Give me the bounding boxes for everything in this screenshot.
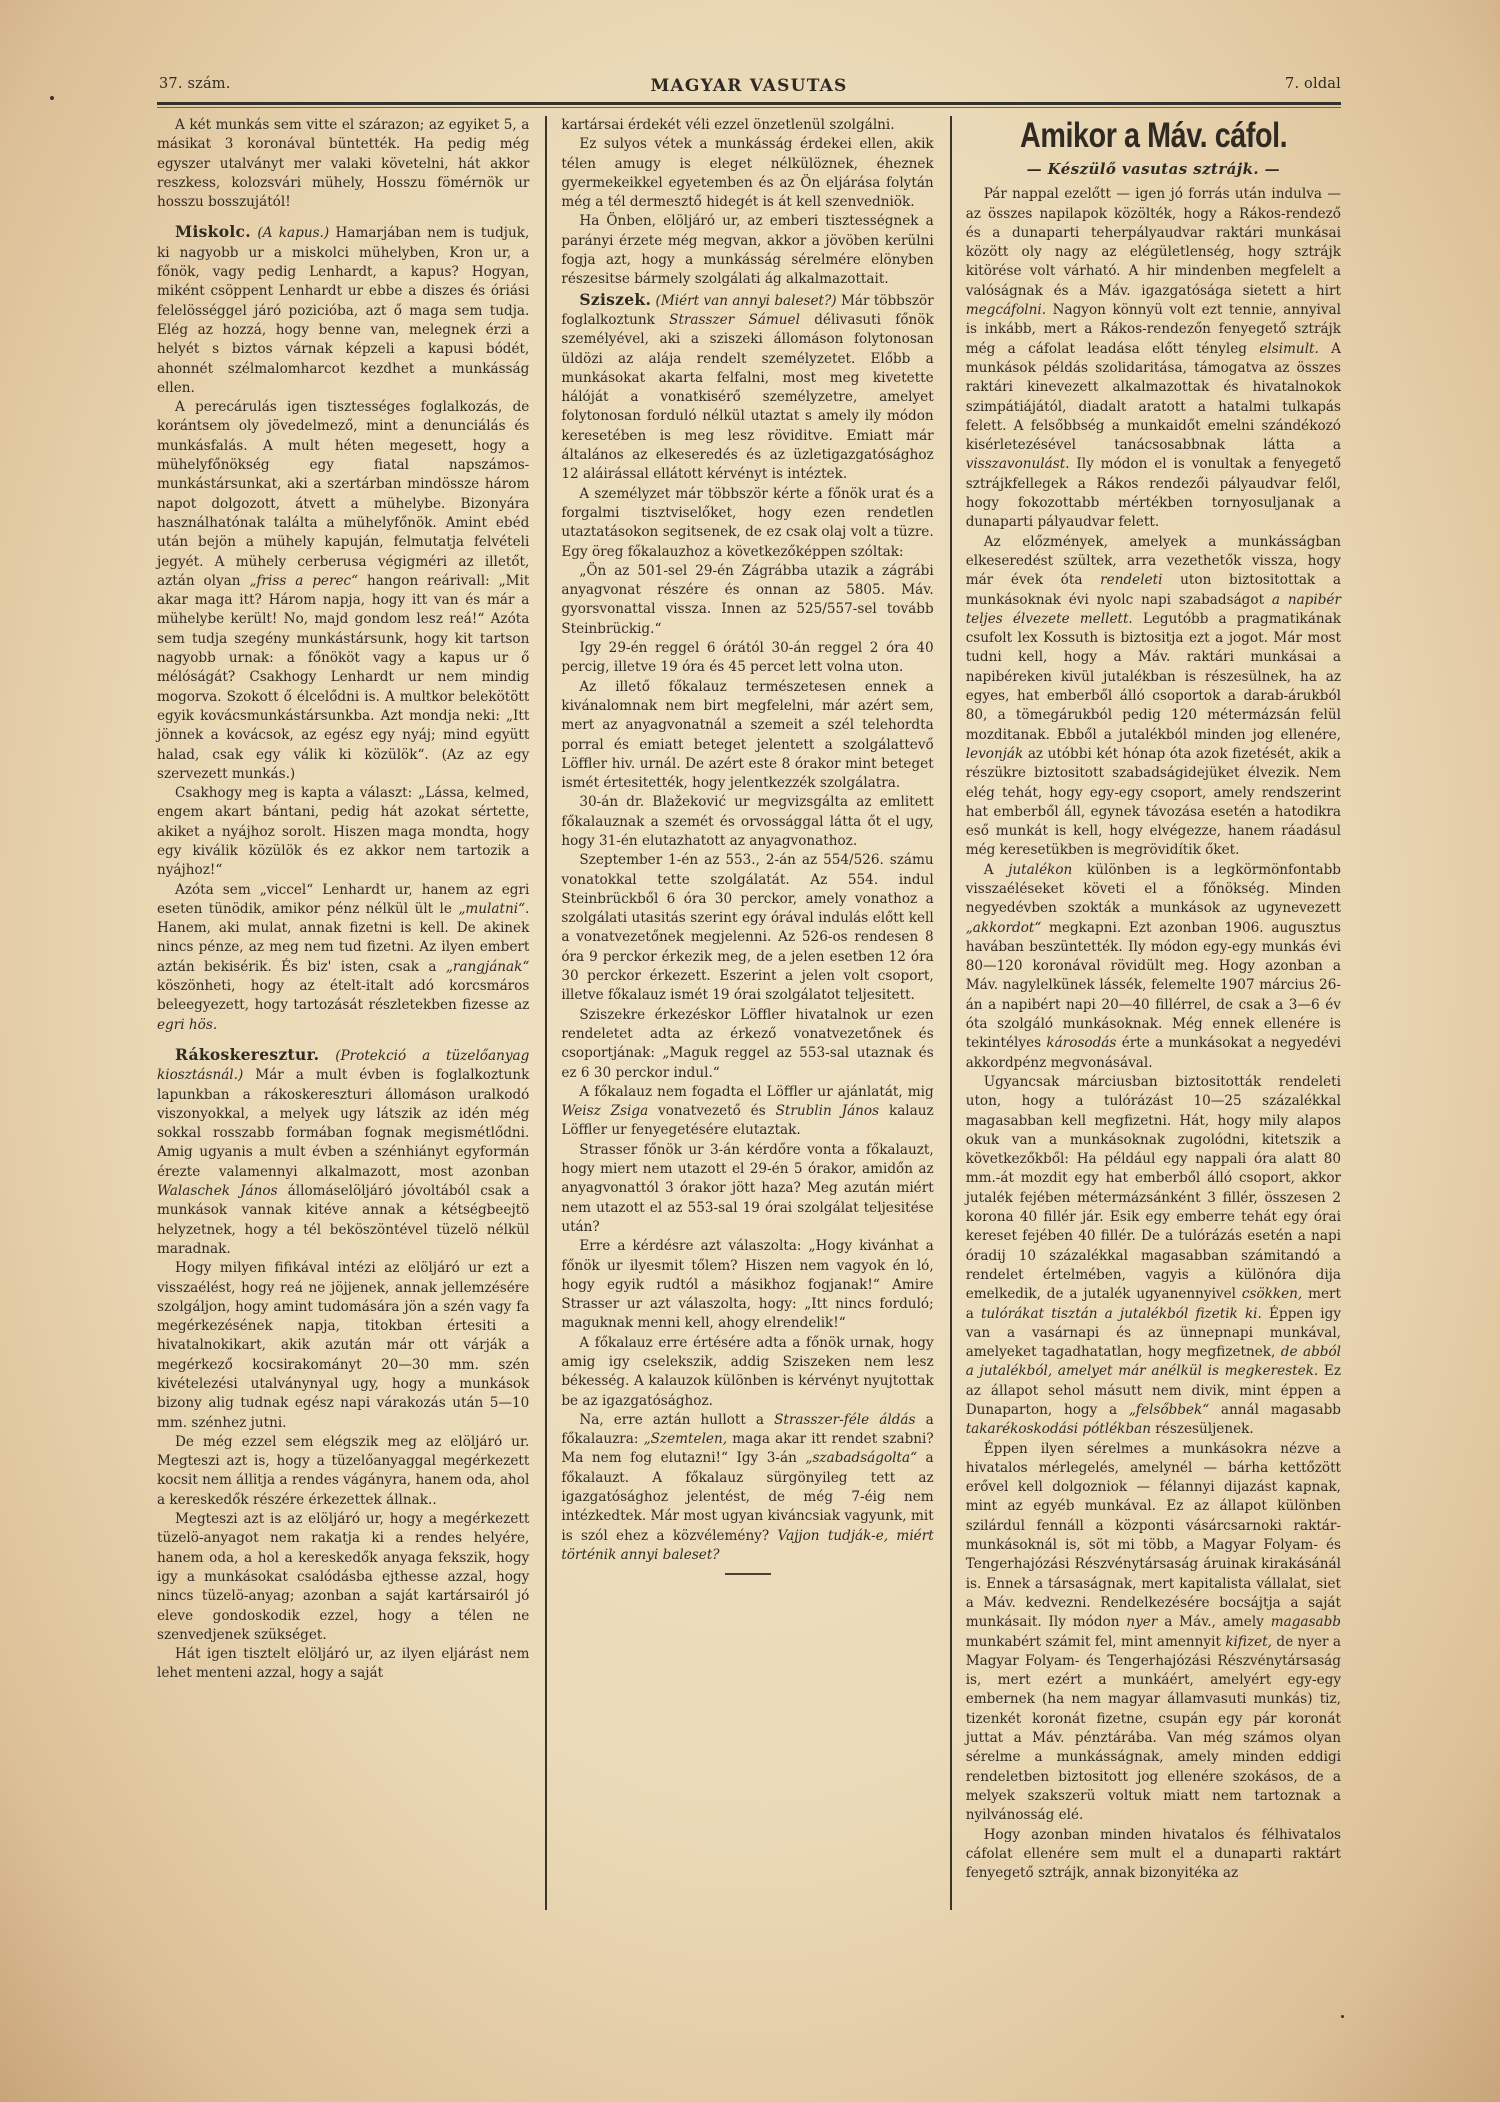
italic-text: megcáfolni. xyxy=(966,302,1046,318)
article-headline: Amikor a Máv. cáfol. xyxy=(975,116,1332,156)
paragraph-text: Hamarjában nem is tudjuk, ki nagyobb ur … xyxy=(157,225,529,395)
column-3: Amikor a Máv. cáfol. — Készülő vasutas s… xyxy=(950,116,1341,1910)
paragraph-text: délivasuti főnök személyével, aki a szis… xyxy=(561,312,933,482)
paragraph-text: de nyer a Magyar Folyam- és Tengerhajózá… xyxy=(966,1634,1341,1824)
italic-text: kifizet, xyxy=(1225,1634,1272,1650)
paragraph-text: részesüljenek. xyxy=(1151,1421,1254,1437)
paragraph-text: munkabért számit fel, mint amennyit xyxy=(966,1634,1226,1650)
section-subtitle: (A kapus.) xyxy=(257,225,329,241)
paragraph-text: annál magasabb xyxy=(1209,1402,1341,1418)
italic-text: „Szemtelen, xyxy=(644,1431,727,1447)
paragraph: A perecárulás igen tisztességes foglalko… xyxy=(157,398,529,784)
column-2: kartársai érdekét véli ezzel önzetlenül … xyxy=(545,116,949,1910)
italic-text: takarékoskodási pótlékban xyxy=(966,1421,1151,1437)
italic-text: „mulatni“ xyxy=(458,901,525,917)
paragraph-text: A xyxy=(984,862,1009,878)
paragraph-text: A munkások példás szolidaritása, támogat… xyxy=(966,341,1341,453)
paragraph: A két munkás sem vitte el szárazon; az e… xyxy=(157,116,529,212)
article-columns: A két munkás sem vitte el szárazon; az e… xyxy=(157,116,1341,1910)
paragraph-text: Na, erre aztán hullott a xyxy=(579,1412,774,1428)
italic-text: nyer xyxy=(1126,1614,1157,1630)
italic-text: levonják xyxy=(966,746,1024,762)
paragraph-text: vonatvezető és xyxy=(648,1103,775,1119)
paper-speck xyxy=(50,96,54,100)
paragraph: „Ön az 501-sel 29-én Zágrábba utazik a z… xyxy=(561,562,933,639)
miskolc-section: Miskolc. (A kapus.) Hamarjában nem is tu… xyxy=(157,222,529,398)
masthead: 37. szám. MAGYAR VASUTAS 7. oldal xyxy=(157,76,1341,100)
paragraph: Ha Önben, elöljáró ur, az emberi tisztes… xyxy=(561,212,933,289)
paragraph-text: köszönheti, hogy az ételt-italt adó korc… xyxy=(157,978,529,1013)
italic-text: „felsőbbek“ xyxy=(1129,1402,1209,1418)
paragraph: Azóta sem „viccel“ Lenhardt ur, hanem az… xyxy=(157,881,529,1035)
section-lead-miskolc: Miskolc. xyxy=(175,222,251,241)
italic-text: jutalékon xyxy=(1008,862,1072,878)
paragraph: Hogy azonban minden hivatalos és félhiva… xyxy=(966,1826,1341,1884)
paragraph-text: Pár nappal ezelőtt — igen jó forrás után… xyxy=(966,186,1341,298)
paragraph: Ez sulyos vétek a munkásság érdekei elle… xyxy=(561,135,933,212)
italic-text: Strublin János xyxy=(776,1103,880,1119)
paragraph-text: A főkalauz nem fogadta el Löffler ur ajá… xyxy=(579,1084,933,1100)
paragraph: Igy 29-én reggel 6 órától 30-án reggel 2… xyxy=(561,639,933,678)
masthead-rule xyxy=(157,102,1341,105)
paragraph-text: hangon reárivall: „Mit akar maga itt? Há… xyxy=(157,573,529,782)
section-lead-rakoskeresztur: Rákoskeresztur. xyxy=(175,1045,319,1064)
paragraph: A főkalauz nem fogadta el Löffler ur ajá… xyxy=(561,1083,933,1141)
italic-text: „akkordot“ xyxy=(966,920,1042,936)
italic-text: tulórákat tisztán a jutalékból fizetik k… xyxy=(981,1306,1262,1322)
italic-text: „friss a perec“ xyxy=(249,573,358,589)
paragraph: A főkalauz erre értésére adta a főnök ur… xyxy=(561,1334,933,1411)
page-number: 7. oldal xyxy=(1285,76,1341,92)
italic-text: elsimult. xyxy=(1259,341,1319,357)
paragraph: Megteszi azt is az elöljáró ur, hogy a m… xyxy=(157,1510,529,1645)
paragraph: Sziszekre érkezéskor Löffler hivatalnok … xyxy=(561,1006,933,1083)
sziszek-section: Sziszek. (Miért van annyi baleset?) Már … xyxy=(561,290,933,485)
paragraph: Csakhogy meg is kapta a választ: „Lássa,… xyxy=(157,784,529,880)
paragraph-text: A perecárulás igen tisztességes foglalko… xyxy=(157,399,529,589)
italic-text: Weisz Zsiga xyxy=(561,1103,648,1119)
paragraph: Az illető főkalauz természetesen ennek a… xyxy=(561,678,933,794)
paragraph-text: az utóbbi két hónap óta azok fizetését, … xyxy=(966,746,1341,858)
italic-text: rendeleti xyxy=(1100,572,1162,588)
italic-text: Strasszer-féle áldás xyxy=(774,1412,915,1428)
paragraph: kartársai érdekét véli ezzel önzetlenül … xyxy=(561,116,933,135)
paragraph: Éppen ilyen sérelmes a munkásokra nézve … xyxy=(966,1440,1341,1826)
masthead-rule-thin xyxy=(157,107,1341,108)
paragraph: Na, erre aztán hullott a Strasszer-féle … xyxy=(561,1411,933,1565)
paragraph-text: Legutóbb a pragmatikának csufolt lex Kos… xyxy=(966,611,1341,743)
paragraph: Strasser főnök ur 3-án kérdőre vonta a f… xyxy=(561,1141,933,1237)
paragraph: Erre a kérdésre azt válaszolta: „Hogy ki… xyxy=(561,1237,933,1333)
italic-text: visszavonulást. xyxy=(966,456,1070,472)
section-lead-sziszek: Sziszek. xyxy=(579,290,651,309)
paragraph: A személyzet már többször kérte a főnök … xyxy=(561,485,933,562)
paragraph-text: Éppen ilyen sérelmes a munkásokra nézve … xyxy=(966,1441,1341,1631)
paragraph-text: Ugyancsak márciusban biztositották rende… xyxy=(966,1074,1341,1302)
paragraph: Pár nappal ezelőtt — igen jó forrás után… xyxy=(966,185,1341,532)
article-subheadline: — Készülő vasutas sztrájk. — xyxy=(966,160,1341,179)
italic-text: károsodás xyxy=(1046,1035,1116,1051)
paragraph: A jutalékon különben is a legkörmönfonta… xyxy=(966,861,1341,1073)
paragraph-text: megkapni. Ezt azonban 1906. augusztus ha… xyxy=(966,920,1341,1052)
paragraph: Ugyancsak márciusban biztositották rende… xyxy=(966,1073,1341,1440)
column-1: A két munkás sem vitte el szárazon; az e… xyxy=(157,116,545,1910)
paper-speck xyxy=(1341,2015,1344,2018)
newspaper-page: 37. szám. MAGYAR VASUTAS 7. oldal A két … xyxy=(157,76,1341,1910)
italic-text: egri hös. xyxy=(157,1017,217,1033)
italic-text: „szabadságolta“ xyxy=(805,1450,917,1466)
paragraph: Hát igen tisztelt elöljáró ur, az ilyen … xyxy=(157,1645,529,1684)
paragraph: Az előzmények, amelyek a munkásságban el… xyxy=(966,533,1341,861)
paragraph: Hogy milyen fifikával intézi az elöljáró… xyxy=(157,1259,529,1433)
italic-text: „rangjának“ xyxy=(446,959,529,975)
italic-text: Walaschek János xyxy=(157,1183,278,1199)
article-end-rule xyxy=(725,1573,771,1575)
paragraph: Szeptember 1-én az 553., 2-án az 554/526… xyxy=(561,851,933,1005)
paragraph: 30-án dr. Blažeković ur megvizsgálta az … xyxy=(561,793,933,851)
paragraph-text: Már a mult évben is foglalkoztunk lapunk… xyxy=(157,1067,529,1179)
section-subtitle: (Miért van annyi baleset?) xyxy=(656,293,837,309)
italic-text: Strasszer Sámuel xyxy=(669,312,800,328)
italic-text: magasabb xyxy=(1271,1614,1341,1630)
rakoskeresztur-section: Rákoskeresztur. (Protekció a tüzelőanyag… xyxy=(157,1045,529,1259)
paragraph-text: a Máv., amely xyxy=(1157,1614,1270,1630)
italic-text: csökken, xyxy=(1242,1286,1302,1302)
paragraph: De még ezzel sem elégszik meg az elöljár… xyxy=(157,1433,529,1510)
newspaper-title: MAGYAR VASUTAS xyxy=(157,76,1341,96)
